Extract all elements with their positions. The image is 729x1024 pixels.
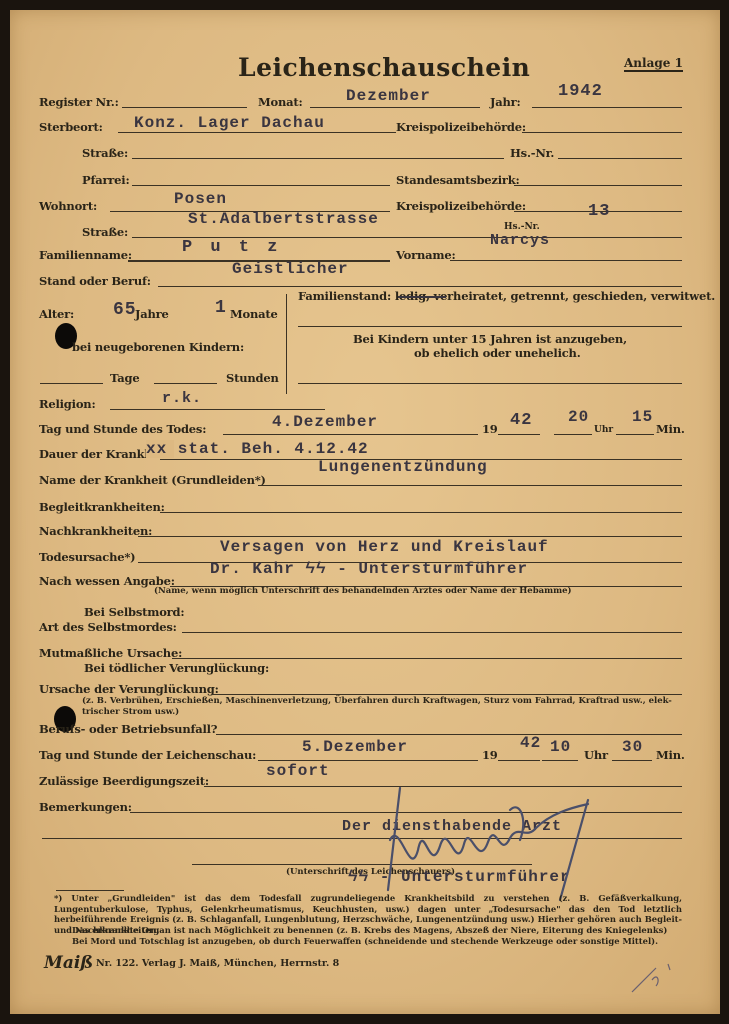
vorname-label: Vorname: (396, 248, 456, 262)
verunglueckung-ursache-field[interactable] (212, 694, 682, 695)
jahr-label: Jahr: (490, 95, 521, 109)
todestag-stunde-field[interactable] (554, 434, 592, 435)
strasse-2-label: Straße: (82, 225, 128, 239)
strasse-2-value: St.Adalbertstrasse (188, 210, 379, 228)
kinder-note-line2: ob ehelich oder unehelich. (414, 346, 581, 360)
strasse-field[interactable] (132, 158, 504, 159)
publisher-imprint: Nr. 122. Verlag J. Maiß, München, Herrns… (96, 958, 339, 969)
document-page: Leichenschauschein Anlage 1 Register Nr.… (10, 10, 720, 1014)
wohnort-value: Posen (174, 190, 227, 208)
beruf-label: Stand oder Beruf: (39, 274, 151, 288)
begleitkrankheiten-field[interactable] (160, 512, 682, 513)
todesursache-label: Todesursache*) (39, 550, 135, 564)
jahr-value: 1942 (558, 82, 603, 101)
page-title: Leichenschauschein (238, 53, 530, 82)
todestag-jahr-value: 42 (510, 411, 532, 430)
handwritten-initials (630, 960, 680, 996)
anlage-label: Anlage 1 (624, 56, 683, 72)
monate-label: Monate (230, 307, 278, 321)
vorname-field[interactable] (450, 260, 682, 261)
todestag-value: 4.Dezember (272, 413, 378, 431)
publisher-logo: Maiß (44, 953, 93, 973)
standesamtsbezirk-field[interactable] (514, 185, 682, 186)
section-divider (286, 294, 287, 394)
vorname-value: Narcys (490, 232, 550, 249)
sterbeort-value: Konz. Lager Dachau (134, 114, 325, 132)
tage-field[interactable] (40, 383, 103, 384)
religion-value: r.k. (162, 390, 202, 407)
leichenschau-uhr-label: Uhr (584, 748, 608, 762)
monat-value: Dezember (346, 87, 431, 105)
todestag-stunde-value: 20 (568, 408, 589, 426)
leichenschau-minute-field[interactable] (612, 760, 652, 761)
leichenschau-minute-value: 30 (622, 738, 643, 756)
stunden-label: Stunden (226, 371, 279, 385)
strikethrough-mark (398, 296, 446, 298)
art-selbstmord-label: Art des Selbstmordes: (39, 620, 177, 634)
kinder-note-line1: Bei Kindern unter 15 Jahren ist anzugebe… (353, 332, 627, 346)
pfarrei-field[interactable] (132, 185, 390, 186)
stunden-field[interactable] (154, 383, 217, 384)
todestag-min-label: Min. (656, 422, 685, 436)
beerdigungszeit-value: sofort (266, 762, 330, 780)
todestag-label: Tag und Stunde des Todes: (39, 422, 206, 436)
todestag-jahr-field[interactable] (498, 434, 540, 435)
bemerkungen-label: Bemerkungen: (39, 800, 132, 814)
krankheit-value: Lungenentzündung (318, 458, 488, 476)
hs-nr-label: Hs.-Nr. (510, 146, 554, 160)
angabe-hint: (Name, wenn möglich Unterschrift des beh… (154, 586, 572, 596)
leichenschau-stunde-value: 10 (550, 738, 571, 756)
footnote-line3: Bei Mord und Totschlag ist anzugeben, ob… (72, 936, 658, 947)
wohnort-label: Wohnort: (39, 199, 97, 213)
betriebsunfall-label: Berufs- oder Betriebsunfall? (39, 722, 217, 736)
familienstand-field[interactable] (298, 326, 682, 327)
familienname-label: Familienname: (39, 248, 132, 262)
sterbeort-field[interactable] (118, 132, 396, 133)
selbstmord-heading: Bei Selbstmord: (84, 605, 184, 619)
verunglueckung-hint-1: (z. B. Verbrühen, Erschießen, Maschinenv… (82, 696, 672, 706)
monat-label: Monat: (258, 95, 303, 109)
beruf-value: Geistlicher (232, 260, 349, 278)
familienstand-options: ledig, verheiratet, getrennt, geschieden… (395, 289, 715, 303)
begleitkrankheiten-label: Begleitkrankheiten: (39, 500, 165, 514)
monat-field[interactable] (310, 107, 480, 108)
religion-label: Religion: (39, 397, 96, 411)
krankheit-label: Name der Krankheit (Grundleiden*) (39, 473, 266, 487)
standesamtsbezirk-label: Standesamtsbezirk: (396, 173, 520, 187)
sterbeort-label: Sterbeort: (39, 120, 103, 134)
footnote-line2: Das erkrankte Organ ist nach Möglichkeit… (72, 925, 667, 936)
leichenschau-value: 5.Dezember (302, 738, 408, 756)
jahr-field[interactable] (532, 107, 682, 108)
nachkrankheiten-field[interactable] (138, 536, 682, 537)
beruf-field[interactable] (158, 286, 682, 287)
art-selbstmord-field[interactable] (182, 632, 682, 633)
nachkrankheiten-label: Nachkrankheiten: (39, 524, 152, 538)
alter-jahre-value: 65 (113, 300, 137, 320)
kreispolizeibehoerde-label: Kreispolizeibehörde: (396, 120, 526, 134)
kreispolizeibehoerde-2-value: 13 (588, 202, 610, 221)
mutmassliche-ursache-label: Mutmaßliche Ursache: (39, 646, 182, 660)
kreispolizeibehoerde-field[interactable] (522, 132, 682, 133)
mutmassliche-ursache-field[interactable] (172, 658, 682, 659)
leichenschau-stunde-field[interactable] (542, 760, 578, 761)
leichenschau-jahr-prefix: 19 (482, 748, 498, 762)
neugeboren-label: bei neugeborenen Kindern: (72, 340, 244, 354)
kreispolizeibehoerde-2-label: Kreispolizeibehörde: (396, 199, 526, 213)
register-nr-label: Register Nr.: (39, 95, 119, 109)
pfarrei-label: Pfarrei: (82, 173, 130, 187)
leichenschau-field[interactable] (258, 760, 478, 761)
krankheit-field[interactable] (258, 485, 682, 486)
verunglueckung-heading: Bei tödlicher Verunglückung: (84, 661, 269, 675)
todestag-jahr-prefix: 19 (482, 422, 498, 436)
alter-label: Alter: (39, 307, 74, 321)
alter-monate-value: 1 (215, 298, 227, 318)
footnote-rule (56, 890, 124, 891)
beerdigungszeit-label: Zulässige Beerdigungszeit: (39, 774, 209, 788)
todestag-minute-value: 15 (632, 408, 653, 426)
hs-nr-2-label: Hs.-Nr. (504, 222, 540, 232)
angabe-value: Dr. Kahr ϟϟ - Untersturmführer (210, 560, 528, 578)
familienname-value: P u t z (182, 238, 281, 257)
verunglueckung-hint-2: trischer Strom usw.) (82, 707, 179, 717)
leichenschau-jahr-field[interactable] (498, 760, 540, 761)
betriebsunfall-field[interactable] (216, 734, 682, 735)
religion-field[interactable] (110, 409, 325, 410)
todestag-uhr-label: Uhr (594, 425, 613, 435)
familienstand-label: Familienstand: ledig, verheiratet, getre… (298, 289, 715, 303)
handwritten-signature (360, 780, 640, 910)
kinder-note-field[interactable] (298, 383, 682, 384)
leichenschau-jahr-value: 42 (520, 734, 541, 752)
hs-nr-field[interactable] (558, 158, 682, 159)
todestag-field[interactable] (223, 434, 478, 435)
todestag-minute-field[interactable] (616, 434, 654, 435)
leichenschau-min-label: Min. (656, 748, 685, 762)
strasse-label: Straße: (82, 146, 128, 160)
todesursache-value: Versagen von Herz und Kreislauf (220, 538, 549, 556)
dauer-value: xx stat. Beh. 4.12.42 (146, 440, 369, 458)
tage-label: Tage (110, 371, 139, 385)
verunglueckung-ursache-label: Ursache der Verunglückung: (39, 682, 219, 696)
register-nr-field[interactable] (122, 107, 247, 108)
jahre-label: Jahre (135, 307, 169, 321)
leichenschau-label: Tag und Stunde der Leichenschau: (39, 748, 256, 762)
